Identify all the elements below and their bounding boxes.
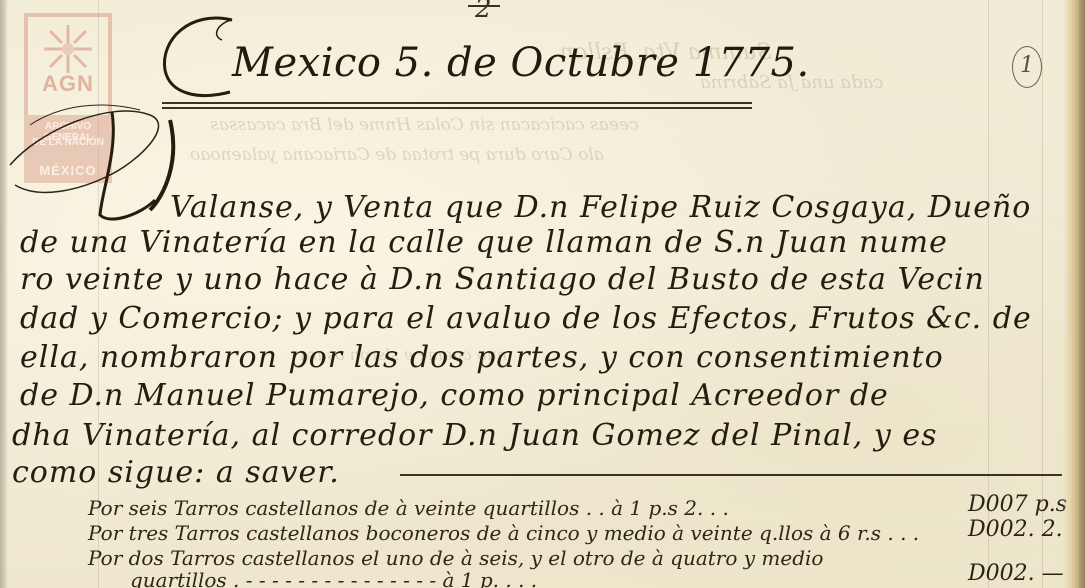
page-number: 2 [475, 0, 492, 24]
folio-number: 1 [1012, 46, 1042, 88]
body-line: dad y Comercio; y para el avaluo de los … [20, 301, 1032, 336]
item-amount: D002. 2. [968, 517, 1063, 542]
body-line: de D.n Manuel Pumarejo, como principal A… [20, 378, 889, 413]
item-description: Por tres Tarros castellanos boconeros de… [88, 521, 919, 545]
body-line: ella, nombraron por las dos partes, y co… [20, 340, 944, 375]
item-description: Por dos Tarros castellanos el uno de à s… [88, 546, 823, 570]
page-edge [1063, 0, 1085, 588]
manuscript-page: Summa Vta. Bsllon cada una Ja Sabrina ce… [0, 0, 1085, 588]
body-line: como sigue: a saver. [12, 455, 340, 490]
body-line: ro veinte y uno hace à D.n Santiago del … [20, 262, 985, 297]
heading-rule-bottom [162, 107, 752, 109]
section-divider [400, 474, 1062, 476]
heading-rule-top [162, 102, 752, 104]
body-line: de una Vinatería en la calle que llaman … [20, 225, 948, 260]
item-continuation: quartillos . - - - - - - - - - - - - - -… [130, 568, 537, 588]
body-line: Valanse, y Venta que D.n Felipe Ruiz Cos… [170, 190, 1031, 225]
date-heading: Mexico 5. de Octubre 1775. [232, 40, 810, 86]
item-description: Por seis Tarros castellanos de à veinte … [88, 496, 729, 520]
page-number-stroke [468, 5, 500, 7]
body-line: dha Vinatería, al corredor D.n Juan Gome… [12, 418, 937, 453]
item-amount: D002. — [968, 561, 1064, 586]
